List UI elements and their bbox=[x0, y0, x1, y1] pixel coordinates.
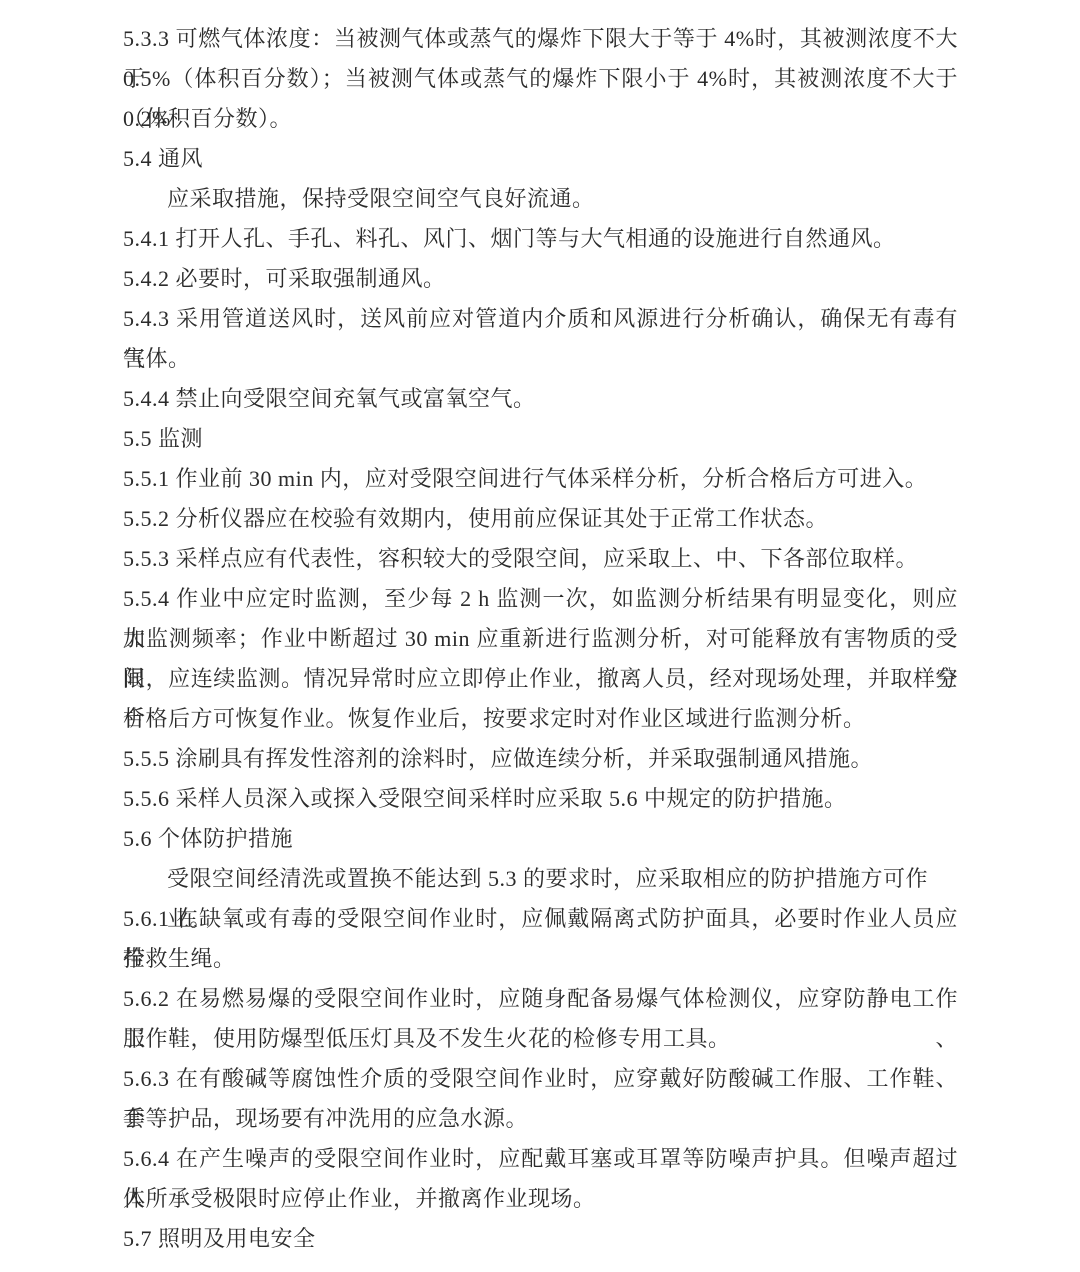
document-line: 合格后方可恢复作业。恢复作业后，按要求定时对作业区域进行监测分析。 bbox=[123, 699, 958, 739]
document-line: 5.5.4 作业中应定时监测，至少每 2 h 监测一次，如监测分析结果有明显变化… bbox=[123, 579, 958, 619]
document-line: 5.5.1 作业前 30 min 内，应对受限空间进行气体采样分析，分析合格后方… bbox=[123, 459, 958, 499]
document-line: 5.6.4 在产生噪声的受限空间作业时，应配戴耳塞或耳罩等防噪声护具。但噪声超过… bbox=[123, 1139, 958, 1179]
document-line: 5.4.3 采用管道送风时，送风前应对管道内介质和风源进行分析确认，确保无有毒有… bbox=[123, 299, 958, 339]
document-line: 应采取措施，保持受限空间空气良好流通。 bbox=[123, 179, 958, 219]
document-line: 5.6.2 在易燃易爆的受限空间作业时，应随身配备易爆气体检测仪，应穿防静电工作… bbox=[123, 979, 958, 1019]
document-line: 5.6 个体防护措施 bbox=[123, 819, 958, 859]
document-line: （体积百分数）。 bbox=[123, 99, 958, 139]
document-line: 5.4.2 必要时，可采取强制通风。 bbox=[123, 259, 958, 299]
document-line: 间，应连续监测。情况异常时应立即停止作业，撤离人员，经对现场处理，并取样分析 bbox=[123, 659, 958, 699]
document-line: 5.3.3 可燃气体浓度：当被测气体或蒸气的爆炸下限大于等于 4%时，其被测浓度… bbox=[123, 19, 958, 59]
document-line: 体所承受极限时应停止作业，并撤离作业现场。 bbox=[123, 1179, 958, 1219]
document-line: 5.5.6 采样人员深入或探入受限空间采样时应采取 5.6 中规定的防护措施。 bbox=[123, 779, 958, 819]
document-line: 大监测频率；作业中断超过 30 min 应重新进行监测分析，对可能释放有害物质的… bbox=[123, 619, 958, 659]
document-line: 5.6.1 在缺氧或有毒的受限空间作业时，应佩戴隔离式防护面具，必要时作业人员应… bbox=[123, 899, 958, 939]
document-line: 0.5%（体积百分数）；当被测气体或蒸气的爆炸下限小于 4%时，其被测浓度不大于… bbox=[123, 59, 958, 99]
document-line: 气体。 bbox=[123, 339, 958, 379]
document-line: 5.4.4 禁止向受限空间充氧气或富氧空气。 bbox=[123, 379, 958, 419]
document-line: 受限空间经清洗或置换不能达到 5.3 的要求时，应采取相应的防护措施方可作业。 bbox=[123, 859, 958, 899]
document-line: 5.5.2 分析仪器应在校验有效期内，使用前应保证其处于正常工作状态。 bbox=[123, 499, 958, 539]
document-line: 5.5.5 涂刷具有挥发性溶剂的涂料时，应做连续分析，并采取强制通风措施。 bbox=[123, 739, 958, 779]
document-line: 5.4 通风 bbox=[123, 139, 958, 179]
document-body: 5.3.3 可燃气体浓度：当被测气体或蒸气的爆炸下限大于等于 4%时，其被测浓度… bbox=[0, 0, 1080, 1259]
document-line: 套等护品，现场要有冲洗用的应急水源。 bbox=[123, 1099, 958, 1139]
document-line: 5.4.1 打开人孔、手孔、料孔、风门、烟门等与大气相通的设施进行自然通风。 bbox=[123, 219, 958, 259]
document-page: 5.3.3 可燃气体浓度：当被测气体或蒸气的爆炸下限大于等于 4%时，其被测浓度… bbox=[0, 0, 1080, 1272]
document-line: 5.5.3 采样点应有代表性，容积较大的受限空间，应采取上、中、下各部位取样。 bbox=[123, 539, 958, 579]
document-line: 带救生绳。 bbox=[123, 939, 958, 979]
document-line: 5.5 监测 bbox=[123, 419, 958, 459]
document-line: 5.7 照明及用电安全 bbox=[123, 1219, 958, 1259]
document-line: 5.6.3 在有酸碱等腐蚀性介质的受限空间作业时，应穿戴好防酸碱工作服、工作鞋、… bbox=[123, 1059, 958, 1099]
